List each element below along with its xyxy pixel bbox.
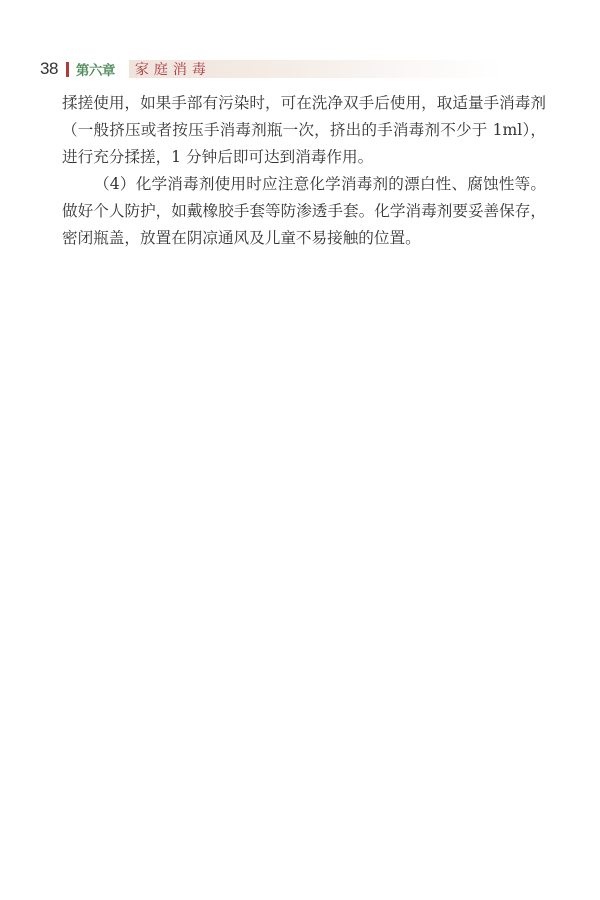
paragraph-chemical-disinfectant-note: （4）化学消毒剂使用时应注意化学消毒剂的漂白性、腐蚀性等。做好个人防护，如戴橡胶… (62, 171, 546, 252)
page-number: 38 (40, 59, 58, 79)
page-body: 揉搓使用，如果手部有污染时，可在洗净双手后使用，取适量手消毒剂（一般挤压或者按压… (62, 90, 546, 252)
section-title: 家庭消毒 (135, 59, 211, 79)
chapter-label: 第六章 (76, 59, 115, 79)
header-divider (66, 62, 69, 77)
paragraph-continuation: 揉搓使用，如果手部有污染时，可在洗净双手后使用，取适量手消毒剂（一般挤压或者按压… (62, 90, 546, 171)
section-title-bar: 家庭消毒 (129, 60, 505, 78)
page-header: 38 第六章 家庭消毒 (40, 58, 560, 80)
